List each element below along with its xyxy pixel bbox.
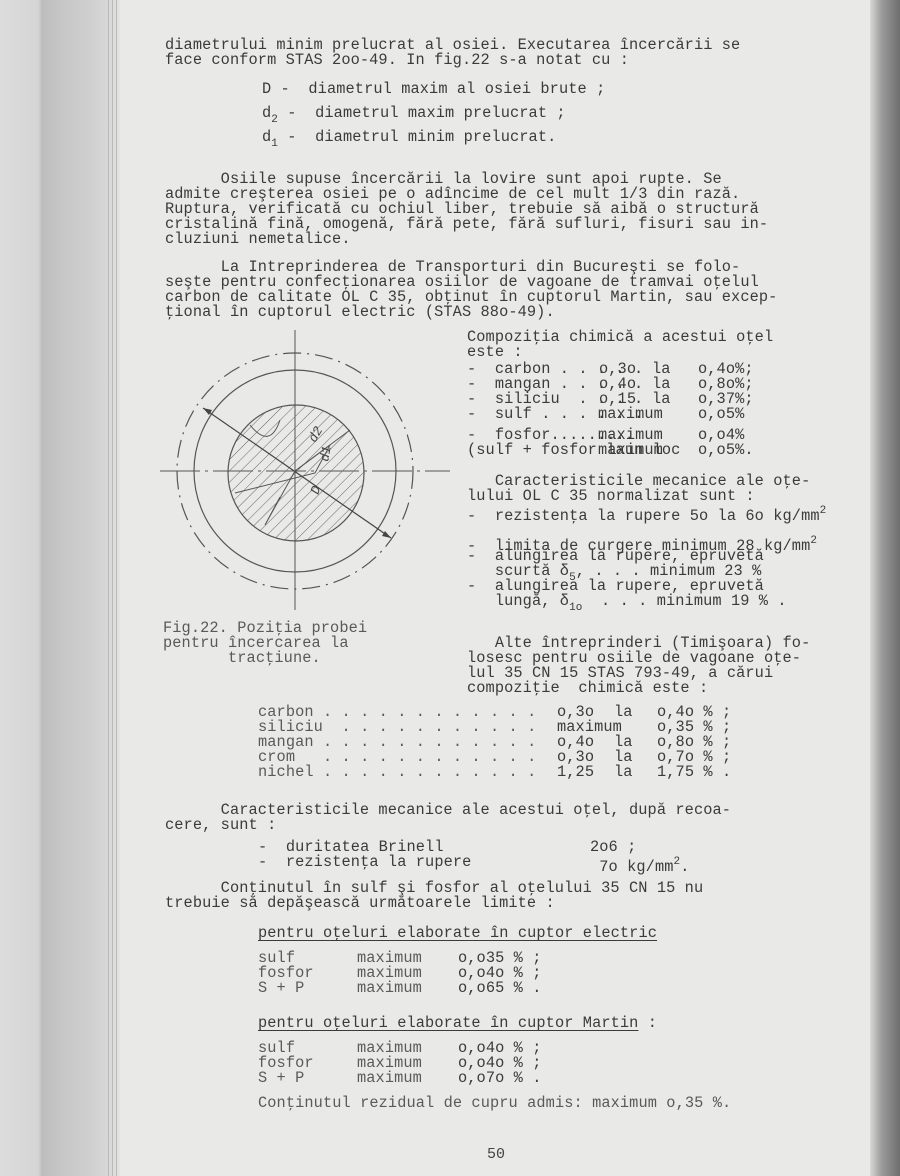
composition-value-max: o,o5% <box>698 407 744 422</box>
page-edge-shadow <box>870 0 900 1176</box>
value-text: 2o6 ; <box>590 838 636 856</box>
composition-value-min: maximum <box>598 407 663 422</box>
notation-symbol: d <box>262 104 271 122</box>
notation-subscript: 1 <box>271 138 278 150</box>
copper-note: Conţinutul rezidual de cupru admis: maxi… <box>258 1096 731 1111</box>
composition-value-min: 1,25 <box>557 765 594 780</box>
limits-heading: pentru oţeluri elaborate în cuptor Marti… <box>258 1016 657 1031</box>
page-number: 50 <box>487 1146 505 1163</box>
paragraph-line: compoziţie chimică este : <box>467 681 708 696</box>
notation-text: - diametrul minim prelucrat. <box>278 128 556 146</box>
mech-property: - rezistenţa la rupere <box>258 855 471 870</box>
paragraph-line: cere, sunt : <box>165 818 276 833</box>
value-tail: . <box>680 858 689 876</box>
notation-text: - diametrul maxim prelucrat ; <box>278 104 566 122</box>
notation-symbol: d <box>262 128 271 146</box>
mech-property: - rezistenţa la rupere 5o la 6o kg/mm2 <box>467 504 826 524</box>
mech-text: lungă, δ <box>467 592 569 610</box>
notation-item: d1 - diametrul minim prelucrat. <box>262 130 556 152</box>
composition-op: la <box>614 765 633 780</box>
intro-line: face conform STAS 2oo-49. In fig.22 s-a … <box>165 53 629 68</box>
figure-caption: tracţiune. <box>228 651 321 666</box>
label-d1: d1 <box>317 445 334 463</box>
composition-intro: este : <box>467 345 523 360</box>
figure-22-axle-cross-section: d2 d1 D <box>160 325 460 615</box>
paragraph-line: trebuie să depăşească următoarele limite… <box>165 896 555 911</box>
composition-value-min: maximum <box>598 443 663 458</box>
mech-property: lungă, δ1o . . . minimum 19 % . <box>467 594 787 616</box>
limit-value: o,o65 % . <box>458 981 542 996</box>
subscript: 1o <box>569 602 582 614</box>
notation-item: D - diametrul maxim al osiei brute ; <box>262 82 605 97</box>
heading-tail: : <box>638 1014 657 1032</box>
limit-qualifier: maximum <box>357 1071 422 1086</box>
paragraph-line: ţional în cuptorul electric (STAS 88o-49… <box>165 305 555 320</box>
limit-qualifier: maximum <box>357 981 422 996</box>
limits-heading-text: pentru oţeluri elaborate în cuptor elect… <box>258 924 657 942</box>
mech-tail: . . . minimum 19 % . <box>582 592 786 610</box>
limit-element: S + P <box>258 981 304 996</box>
limit-value: o,o7o % . <box>458 1071 542 1086</box>
notation-item: d2 - diametrul maxim prelucrat ; <box>262 106 566 128</box>
composition-name: nichel . . . . . . . . . . . . <box>258 765 536 780</box>
notation-subscript: 2 <box>271 114 278 126</box>
composition-value-max: 1,75 % . <box>657 765 731 780</box>
limits-heading: pentru oţeluri elaborate în cuptor elect… <box>258 926 657 941</box>
superscript: 2 <box>810 535 817 547</box>
limits-heading-text: pentru oţeluri elaborate în cuptor Marti… <box>258 1014 638 1032</box>
composition-value-max: o,o5%. <box>698 443 754 458</box>
mech-value: 2o6 ; <box>590 840 636 855</box>
paragraph-line: cluziuni nemetalice. <box>165 232 351 247</box>
book-spine <box>0 0 120 1176</box>
mech-intro: lului OL C 35 normalizat sunt : <box>467 489 755 504</box>
notation-text: - diametrul maxim al osiei brute ; <box>271 80 605 98</box>
value-text: 7o kg/mm <box>590 858 674 876</box>
notation-symbol: D <box>262 80 271 98</box>
mech-text: - rezistenţa la rupere 5o la 6o kg/mm <box>467 507 820 525</box>
superscript: 2 <box>820 505 827 517</box>
limit-element: S + P <box>258 1071 304 1086</box>
mech-value: 7o kg/mm2. <box>590 855 690 875</box>
